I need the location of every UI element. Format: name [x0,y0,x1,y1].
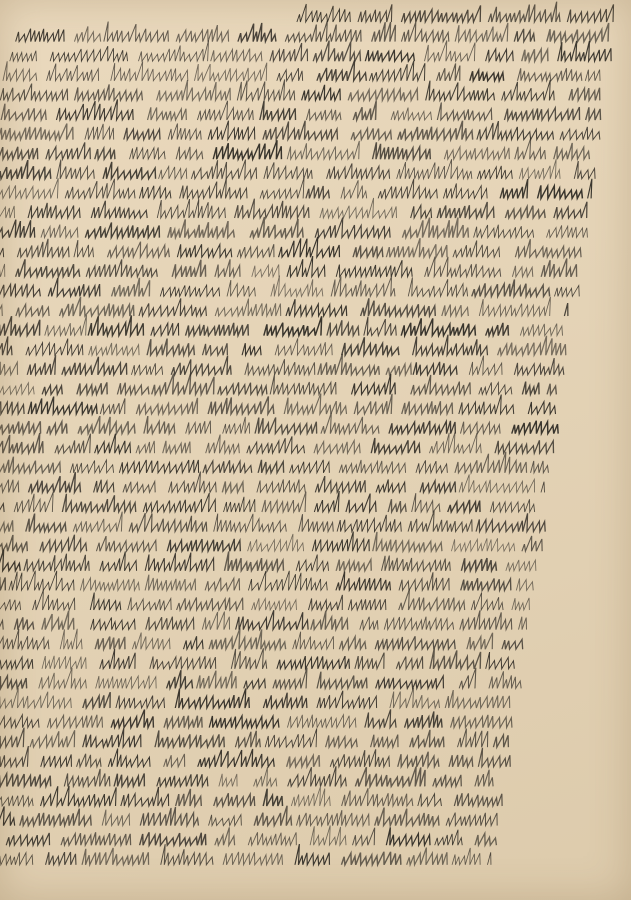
handwritten-word [477,166,514,179]
handwritten-word [164,716,204,728]
handwritten-word [0,511,16,531]
handwritten-word [477,121,556,140]
handwritten-word [145,553,216,571]
handwritten-word [342,788,416,806]
handwritten-word [55,434,93,454]
handwritten-word [223,852,284,865]
handwritten-word [0,457,63,473]
handwritten-word [355,767,427,787]
handwritten-word [112,278,152,297]
handwritten-word [317,672,369,689]
handwritten-word [0,178,60,198]
handwritten-word [168,219,237,237]
handwritten-word [517,68,583,81]
handwritten-word [215,299,283,316]
handwritten-word [471,593,505,611]
handwritten-word [57,160,97,179]
handwritten-word [479,297,552,316]
handwritten-word [157,774,210,786]
handwritten-word [10,51,38,62]
handwritten-word [365,709,399,727]
handwritten-word [265,729,319,748]
handwritten-word [401,22,451,42]
handwritten-word [83,692,112,708]
handwritten-word [176,147,204,160]
handwritten-word [264,162,315,178]
handwritten-word [100,398,127,414]
handwritten-word [14,492,55,512]
handwritten-word [0,774,52,787]
handwritten-word [124,128,162,140]
handwritten-word [353,101,378,120]
handwritten-word [129,513,209,532]
handwritten-word [257,480,307,493]
handwritten-word [197,101,255,120]
handwritten-word [461,558,498,571]
handwritten-word [0,124,75,140]
handwritten-word [433,775,463,787]
handwritten-word [219,774,239,787]
handwritten-word [0,401,26,414]
handwritten-word [567,4,615,22]
handwritten-word [375,636,457,649]
handwritten-word [388,499,408,512]
handwritten-word [157,199,228,218]
handwritten-word [263,693,309,708]
handwritten-word [314,491,341,512]
handwritten-word [254,767,280,786]
handwritten-word [208,121,257,140]
handwritten-word [554,202,589,218]
handwritten-word [146,617,196,630]
handwritten-word [399,590,468,611]
handwritten-word [476,513,548,531]
handwritten-word [91,618,137,630]
handwritten-word [376,676,446,688]
handwritten-word [564,303,569,316]
handwritten-word [252,265,281,277]
manuscript-page [0,0,631,900]
handwritten-word [364,317,399,336]
handwritten-word [396,656,424,668]
handwritten-word [296,810,371,825]
handwritten-word [326,736,359,748]
handwritten-word [159,167,189,179]
handwritten-word [306,109,342,120]
handwritten-word [275,338,334,355]
handwritten-word [245,359,317,375]
handwritten-word [302,85,343,101]
handwritten-word [346,494,379,512]
handwritten-word [0,382,36,394]
handwritten-word [331,276,398,296]
handwritten-word [262,492,308,512]
handwritten-word [402,218,471,238]
handwritten-word [107,242,171,258]
handwritten-word [460,611,515,630]
handwritten-word [26,339,85,356]
handwritten-word [80,578,141,591]
handwritten-word [0,160,53,179]
handwritten-word [360,617,380,630]
handwritten-word [88,316,146,336]
handwritten-word [560,127,602,140]
handwritten-word [42,385,63,394]
handwritten-word [175,689,252,709]
handwritten-word [528,402,557,414]
handwritten-word [407,848,450,865]
handwritten-word [168,472,219,493]
handwritten-word [0,728,26,748]
handwritten-word [95,637,127,650]
handwritten-word [348,599,387,610]
handwritten-word [376,480,407,493]
handwritten-word [45,315,89,335]
handwritten-word [460,422,501,434]
handwritten-word [375,808,442,826]
handwritten-word [77,754,103,767]
handwritten-word [235,199,312,218]
handwritten-word [318,354,382,375]
handwritten-word [0,550,23,571]
handwritten-word [373,142,433,159]
handwritten-word [198,749,277,767]
handwritten-word [459,475,537,493]
handwritten-word [0,746,30,767]
handwritten-word [0,147,39,159]
handwritten-word [100,649,138,669]
handwritten-word [372,22,398,41]
handwritten-word [177,244,233,257]
handwritten-word [147,339,197,356]
handwritten-word [82,848,151,865]
handwritten-word [478,748,513,767]
handwritten-word [140,832,208,845]
handwritten-word [95,148,117,159]
handwritten-word [271,276,326,297]
handwritten-word [486,49,515,61]
handwritten-word [0,807,17,826]
handwritten-word [46,852,78,865]
handwritten-word [512,266,534,277]
handwritten-word [47,422,69,434]
handwritten-word [167,670,196,688]
handwritten-word [140,807,201,826]
handwritten-word [472,280,552,297]
handwritten-word [263,789,285,806]
handwritten-word [402,401,455,414]
handwritten-word [116,696,166,709]
handwritten-word [83,728,144,747]
handwritten-word [351,128,393,139]
handwritten-word [429,432,484,453]
handwritten-word [89,343,141,355]
handwritten-word [191,160,259,179]
handwritten-word [9,571,77,591]
handwritten-word [320,198,399,218]
handwritten-word [222,482,245,493]
handwritten-word [203,460,254,473]
handwritten-word [514,358,566,375]
handwritten-word [85,223,161,238]
handwritten-word [286,299,349,316]
handwritten-word [490,499,536,512]
handwritten-word [547,225,590,237]
handwritten-word [341,852,402,865]
handwritten-word [0,304,4,316]
handwritten-word [585,70,601,81]
handwritten-word [131,363,164,375]
handwritten-word [514,29,536,42]
handwritten-word [64,769,112,786]
handwritten-word [61,832,132,845]
handwritten-word [235,731,262,747]
handwritten-word [1,104,48,120]
handwritten-word [167,539,242,551]
handwritten-word [197,671,239,689]
handwritten-word [293,632,336,650]
handwritten-word [336,260,414,277]
handwritten-word [41,755,73,767]
handwritten-word [369,61,427,81]
handwritten-word [420,481,457,493]
handwritten-word [0,493,7,512]
handwritten-word [108,749,152,767]
handwritten-word [410,730,447,747]
handwritten-word [554,286,580,297]
handwritten-word [130,147,167,159]
handwritten-word [0,362,19,375]
handwritten-word [62,494,138,512]
handwritten-word [287,755,321,767]
handwritten-word [435,830,465,846]
handwritten-word [455,452,530,473]
handwritten-word [273,668,309,689]
handwritten-word [94,480,116,493]
handwritten-word [85,124,116,140]
handwritten-word [291,787,333,806]
handwritten-word [119,460,200,473]
handwritten-word [163,441,192,453]
handwritten-word [515,138,549,159]
handwritten-word [339,637,367,650]
handwritten-word [39,668,89,689]
handwritten-word [279,237,343,257]
handwritten-word [194,63,268,81]
handwritten-word [411,375,473,395]
handwritten-word [0,480,20,493]
handwritten-word [91,201,149,218]
handwritten-word [96,536,158,551]
handwritten-word [426,81,498,101]
handwritten-word [470,70,505,81]
handwritten-word [502,639,524,649]
handwritten-word [214,514,289,532]
handwritten-word [538,185,585,198]
handwritten-word [60,629,85,649]
handwritten-word [512,598,531,610]
handwritten-word [442,305,470,316]
handwritten-word [287,141,361,159]
handwritten-word [0,417,43,433]
handwriting-text [0,0,631,900]
handwritten-word [541,482,546,493]
handwritten-word [339,460,407,473]
handwritten-word [206,435,242,454]
handwritten-word [236,610,311,629]
handwritten-word [358,4,394,22]
handwritten-word [0,337,15,356]
handwritten-word [47,715,104,728]
handwritten-word [139,298,209,316]
handwritten-word [446,813,499,826]
handwritten-word [70,460,115,473]
handwritten-word [515,239,583,257]
handwritten-word [479,382,514,394]
handwritten-word [354,394,394,414]
handwritten-word [28,472,83,492]
handwritten-word [448,500,482,512]
handwritten-word [425,257,504,277]
handwritten-word [296,555,331,571]
handwritten-word [336,572,393,591]
handwritten-word [353,828,377,846]
handwritten-word [487,852,492,865]
handwritten-word [148,107,189,120]
handwritten-word [41,225,80,238]
handwritten-word [418,794,443,806]
handwritten-word [348,88,419,101]
handwritten-word [139,186,172,199]
handwritten-word [290,460,332,473]
handwritten-word [512,421,560,434]
handwritten-word [186,421,213,434]
handwritten-word [386,238,449,257]
handwritten-word [486,652,517,669]
handwritten-word [144,416,177,434]
handwritten-word [223,417,252,434]
handwritten-word [73,512,124,532]
handwritten-word [183,636,204,649]
handwritten-word [317,691,379,708]
handwritten-word [413,335,491,356]
handwritten-word [224,551,286,570]
handwritten-word [42,656,88,669]
handwritten-word [408,511,475,532]
handwritten-word [17,239,71,257]
handwritten-word [459,668,478,689]
handwritten-word [56,99,136,120]
handwritten-word [248,832,298,845]
handwritten-word [327,320,361,335]
handwritten-word [306,186,331,199]
handwritten-word [437,64,463,81]
handwritten-word [457,729,490,748]
handwritten-word [209,716,280,728]
handwritten-word [42,611,77,630]
handwritten-word [444,147,511,159]
handwritten-word [164,754,187,767]
handwritten-word [315,476,367,492]
handwritten-word [161,844,216,865]
handwritten-word [0,316,42,335]
handwritten-word [254,806,294,826]
handwritten-word [0,84,70,101]
handwritten-word [424,40,477,61]
handwritten-word [86,259,160,276]
handwritten-word [215,259,243,277]
handwritten-word [248,534,306,551]
handwritten-word [205,578,241,591]
handwritten-word [0,611,6,630]
handwritten-word [330,749,392,767]
handwritten-word [398,121,476,140]
handwritten-word [41,786,119,806]
handwritten-word [180,178,250,198]
handwritten-word [138,40,210,61]
handwritten-word [493,735,510,747]
handwritten-word [0,206,16,218]
handwritten-word [475,770,496,787]
handwritten-word [263,121,340,140]
handwritten-word [416,460,449,472]
handwritten-word [157,80,234,100]
handwritten-word [391,108,433,120]
handwritten-word [341,180,369,198]
handwritten-word [311,611,351,630]
handwritten-word [0,629,52,649]
handwritten-word [248,571,330,591]
handwritten-word [102,810,132,826]
handwritten-word [214,793,257,806]
handwritten-word [145,575,198,591]
handwritten-word [0,712,41,728]
handwritten-word [242,343,263,355]
handwritten-word [390,688,442,708]
handwritten-word [260,178,306,199]
handwritten-word [488,2,563,22]
handwritten-word [408,277,470,296]
handwritten-word [285,21,364,42]
handwritten-word [48,278,102,297]
handwritten-word [386,364,413,375]
handwritten-word [143,493,218,512]
handwritten-word [337,515,404,532]
handwritten-word [371,438,422,453]
handwritten-word [288,766,349,786]
handwritten-word [20,809,94,826]
handwritten-word [588,179,594,199]
handwritten-word [176,789,204,806]
handwritten-word [0,688,74,708]
handwritten-word [381,556,452,571]
handwritten-word [451,715,514,728]
handwritten-word [0,570,8,590]
handwritten-word [209,815,243,826]
handwritten-word [474,225,536,238]
handwritten-word [90,593,123,611]
handwritten-word [386,827,432,845]
handwritten-word [132,633,172,650]
handwritten-word [284,394,349,415]
handwritten-word [95,434,134,454]
handwritten-word [0,657,34,669]
handwritten-word [411,205,434,218]
handwritten-word [111,710,156,728]
handwritten-word [299,514,336,531]
handwritten-word [413,362,459,375]
handwritten-word [412,493,443,512]
